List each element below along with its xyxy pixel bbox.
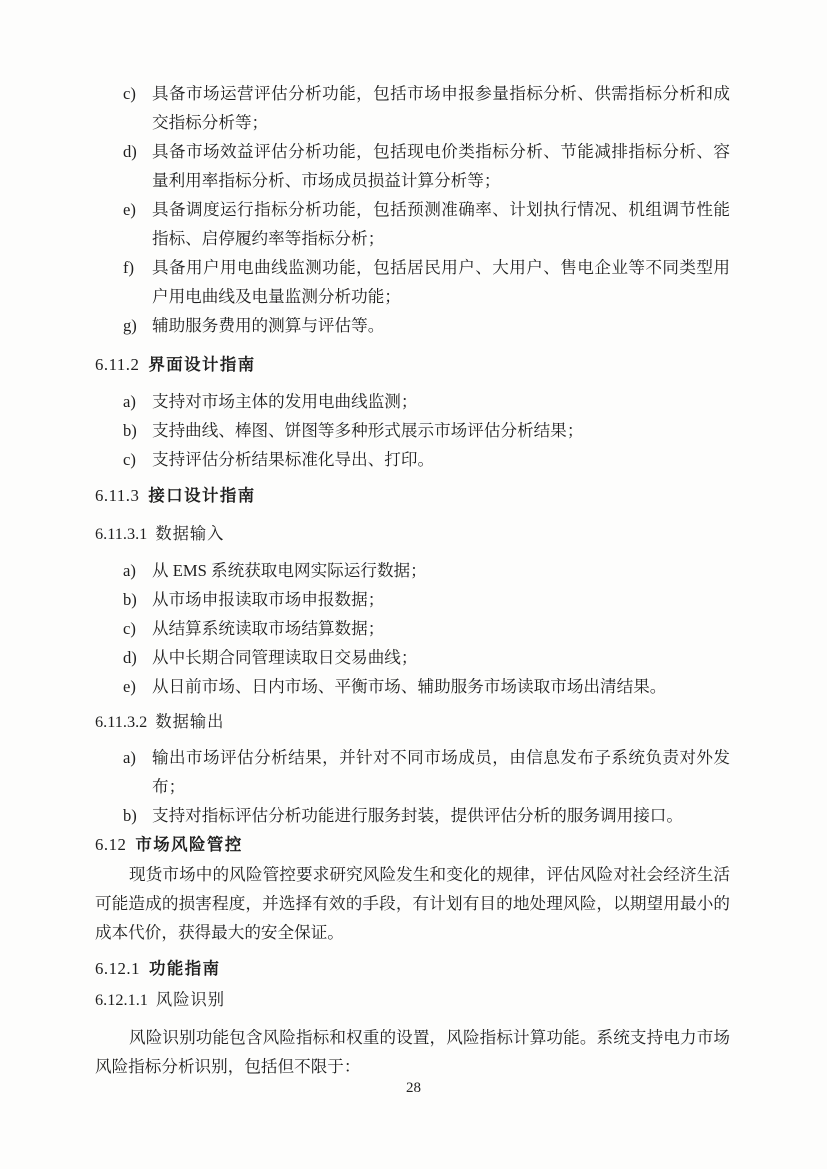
list-item-text: 具备市场运营评估分析功能，包括市场申报参量指标分析、供需指标分析和成交指标分析等… [152, 79, 730, 137]
heading-title: 接口设计指南 [148, 487, 255, 505]
subheading-number: 6.11.3.2 [95, 712, 147, 731]
document-body: c) 具备市场运营评估分析功能，包括市场申报参量指标分析、供需指标分析和成交指标… [95, 79, 730, 1081]
list-item-text: 从日前市场、日内市场、平衡市场、辅助服务市场读取市场出清结果。 [152, 672, 730, 701]
list-item-text: 具备调度运行指标分析功能，包括预测准确率、计划执行情况、机组调节性能指标、启停履… [152, 195, 730, 253]
list-item-text: 辅助服务费用的测算与评估等。 [152, 311, 730, 340]
list-item: b) 支持对指标评估分析功能进行服务封装，提供评估分析的服务调用接口。 [95, 801, 730, 830]
page-number: 28 [0, 1080, 827, 1097]
list-item-marker: d) [123, 137, 152, 195]
list-item: b) 支持曲线、棒图、饼图等多种形式展示市场评估分析结果； [95, 416, 730, 445]
subheading-number: 6.11.3.1 [95, 524, 147, 543]
list-item-marker: g) [123, 311, 152, 340]
list-item: e) 具备调度运行指标分析功能，包括预测准确率、计划执行情况、机组调节性能指标、… [95, 195, 730, 253]
heading-number: 6.12.1 [95, 959, 140, 978]
list-item-text: 输出市场评估分析结果，并针对不同市场成员，由信息发布子系统负责对外发布； [152, 743, 730, 801]
list-item-marker: a) [123, 556, 152, 585]
list-item-marker: c) [123, 79, 152, 137]
heading-title: 界面设计指南 [148, 356, 255, 374]
heading-6-12: 6.12市场风险管控 [95, 830, 730, 860]
document-page: c) 具备市场运营评估分析功能，包括市场申报参量指标分析、供需指标分析和成交指标… [0, 0, 827, 1169]
list-item-marker: d) [123, 643, 152, 672]
list-item-text: 具备用户用电曲线监测功能，包括居民用户、大用户、售电企业等不同类型用户用电曲线及… [152, 253, 730, 311]
list-item-text: 支持评估分析结果标准化导出、打印。 [152, 445, 730, 474]
subheading-title: 风险识别 [156, 990, 225, 1009]
list-item-marker: a) [123, 387, 152, 416]
list-item: c) 支持评估分析结果标准化导出、打印。 [95, 445, 730, 474]
list-item-marker: e) [123, 195, 152, 253]
list-item-text: 支持曲线、棒图、饼图等多种形式展示市场评估分析结果； [152, 416, 730, 445]
list-item-text: 从结算系统读取市场结算数据； [152, 614, 730, 643]
list-item: a) 支持对市场主体的发用电曲线监测； [95, 387, 730, 416]
list-item: a) 输出市场评估分析结果，并针对不同市场成员，由信息发布子系统负责对外发布； [95, 743, 730, 801]
list-item: f) 具备用户用电曲线监测功能，包括居民用户、大用户、售电企业等不同类型用户用电… [95, 253, 730, 311]
list-item-text: 支持对指标评估分析功能进行服务封装，提供评估分析的服务调用接口。 [152, 801, 730, 830]
paragraph-risk-identify: 风险识别功能包含风险指标和权重的设置，风险指标计算功能。系统支持电力市场风险指标… [95, 1023, 730, 1081]
heading-title: 功能指南 [149, 960, 221, 978]
list-item-text: 从 EMS 系统获取电网实际运行数据； [152, 556, 730, 585]
list-item-text: 支持对市场主体的发用电曲线监测； [152, 387, 730, 416]
heading-title: 市场风险管控 [135, 836, 242, 854]
subheading-6-11-3-2: 6.11.3.2数据输出 [95, 707, 730, 736]
heading-6-11-3: 6.11.3接口设计指南 [95, 481, 730, 511]
list-item: c) 从结算系统读取市场结算数据； [95, 614, 730, 643]
list-item: d) 从中长期合同管理读取日交易曲线； [95, 643, 730, 672]
paragraph-risk-overview: 现货市场中的风险管控要求研究风险发生和变化的规律，评估风险对社会经济生活可能造成… [95, 860, 730, 947]
list-item: c) 具备市场运营评估分析功能，包括市场申报参量指标分析、供需指标分析和成交指标… [95, 79, 730, 137]
list-item-marker: b) [123, 585, 152, 614]
list-item-marker: b) [123, 801, 152, 830]
heading-number: 6.12 [95, 835, 126, 854]
subheading-title: 数据输出 [155, 712, 224, 731]
list-item-marker: f) [123, 253, 152, 311]
heading-number: 6.11.2 [95, 355, 139, 374]
list-item-marker: c) [123, 614, 152, 643]
subheading-6-12-1-1: 6.12.1.1风险识别 [95, 985, 730, 1014]
subheading-title: 数据输入 [155, 524, 224, 543]
list-item: g) 辅助服务费用的测算与评估等。 [95, 311, 730, 340]
list-item-marker: e) [123, 672, 152, 701]
list-item-marker: b) [123, 416, 152, 445]
list-item: a) 从 EMS 系统获取电网实际运行数据； [95, 556, 730, 585]
heading-6-12-1: 6.12.1功能指南 [95, 954, 730, 984]
subheading-number: 6.12.1.1 [95, 990, 148, 1009]
list-item: d) 具备市场效益评估分析功能，包括现电价类指标分析、节能减排指标分析、容量利用… [95, 137, 730, 195]
list-item-marker: c) [123, 445, 152, 474]
list-item: b) 从市场申报读取市场申报数据； [95, 585, 730, 614]
list-item: e) 从日前市场、日内市场、平衡市场、辅助服务市场读取市场出清结果。 [95, 672, 730, 701]
list-item-text: 从市场申报读取市场申报数据； [152, 585, 730, 614]
heading-number: 6.11.3 [95, 486, 139, 505]
heading-6-11-2: 6.11.2界面设计指南 [95, 350, 730, 380]
list-item-text: 具备市场效益评估分析功能，包括现电价类指标分析、节能减排指标分析、容量利用率指标… [152, 137, 730, 195]
list-item-text: 从中长期合同管理读取日交易曲线； [152, 643, 730, 672]
list-item-marker: a) [123, 743, 152, 801]
subheading-6-11-3-1: 6.11.3.1数据输入 [95, 519, 730, 548]
